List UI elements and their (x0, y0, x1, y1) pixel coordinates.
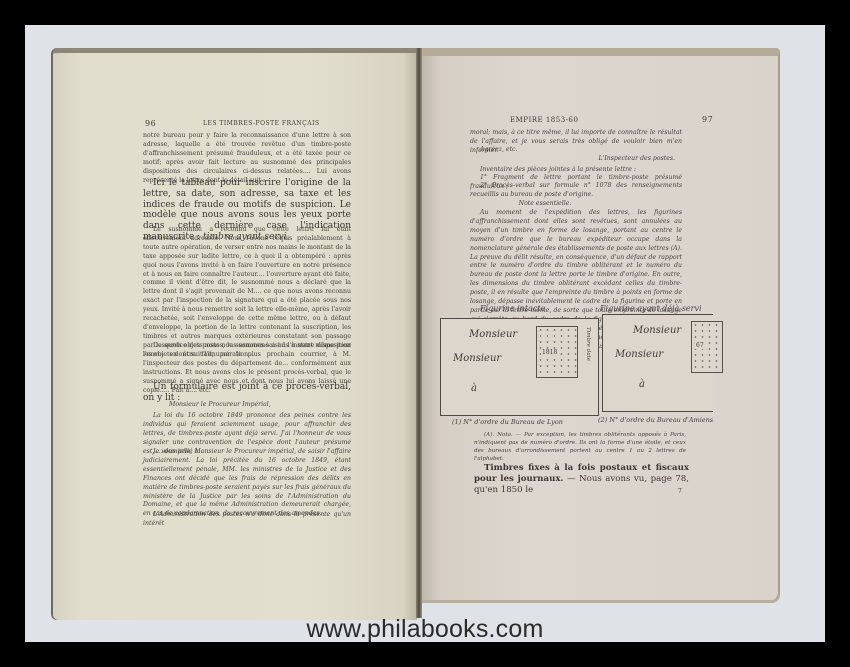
envelope-right-line-2: Monsieur (615, 349, 663, 360)
envelope-left-line-3: à (471, 383, 477, 394)
signature-mark: 7 (678, 488, 682, 495)
note-title: Note essentielle. (470, 200, 620, 209)
envelope-left-caption: (1) N° d'ordre du Bureau de Lyon (452, 418, 563, 426)
figure-label-used: Figurine ayant déjà servi (600, 304, 702, 313)
left-paragraph-8: L'Administration des postes n'a donc dan… (143, 511, 351, 529)
stamp-right-number: 67 (695, 342, 705, 349)
left-salutation: Monsieur le Procureur Impérial, (143, 401, 351, 410)
inventory-item-2: 2° Procès-verbal sur formule n° 1078 des… (470, 182, 682, 200)
section-paragraph: Timbres fixes à la fois postaux et fisca… (474, 463, 689, 495)
figure-label-intact: Figurine intacte (480, 304, 545, 313)
left-page-number: 96 (145, 119, 156, 128)
left-running-head: LES TIMBRES-POSTE FRANÇAIS (203, 120, 320, 127)
envelope-right: Monsieur Monsieur à 67 (602, 314, 713, 412)
envelope-left-side-text: Timbre date (585, 327, 591, 361)
envelope-left: Monsieur Monsieur à 1818 Timbre date (440, 318, 599, 416)
right-running-head: EMPIRE 1853-60 (510, 116, 578, 124)
right-closing: Agréez, etc. (470, 146, 682, 155)
footnote: (A). Nota. — Par exception, les timbres … (474, 431, 686, 463)
envelope-right-caption: (2) N° d'ordre du Bureau d'Amiens (598, 416, 713, 424)
right-page: EMPIRE 1853-60 97 moral; mais, à ce titr… (422, 48, 780, 600)
envelope-right-line-3: à (639, 379, 645, 390)
stamp-right: 67 (691, 321, 723, 373)
right-page-number: 97 (702, 115, 713, 124)
stamp-left: 1818 (536, 326, 578, 378)
left-paragraph-3: Le susnommé a reconnu que cette lettre l… (143, 226, 351, 360)
watermark-url: www.philabooks.com (0, 615, 850, 644)
left-paragraph-7: Je vous prie, Monsieur le Procureur impé… (143, 448, 351, 519)
stamp-left-number: 1818 (541, 349, 558, 356)
envelope-left-line-2: Monsieur (453, 353, 501, 364)
left-page: 96 LES TIMBRES-POSTE FRANÇAIS notre bure… (53, 48, 417, 620)
right-signature: L'Inspecteur des postes. (470, 155, 675, 164)
envelope-right-line-1: Monsieur (633, 325, 681, 336)
envelope-left-line-1: Monsieur (469, 329, 517, 340)
